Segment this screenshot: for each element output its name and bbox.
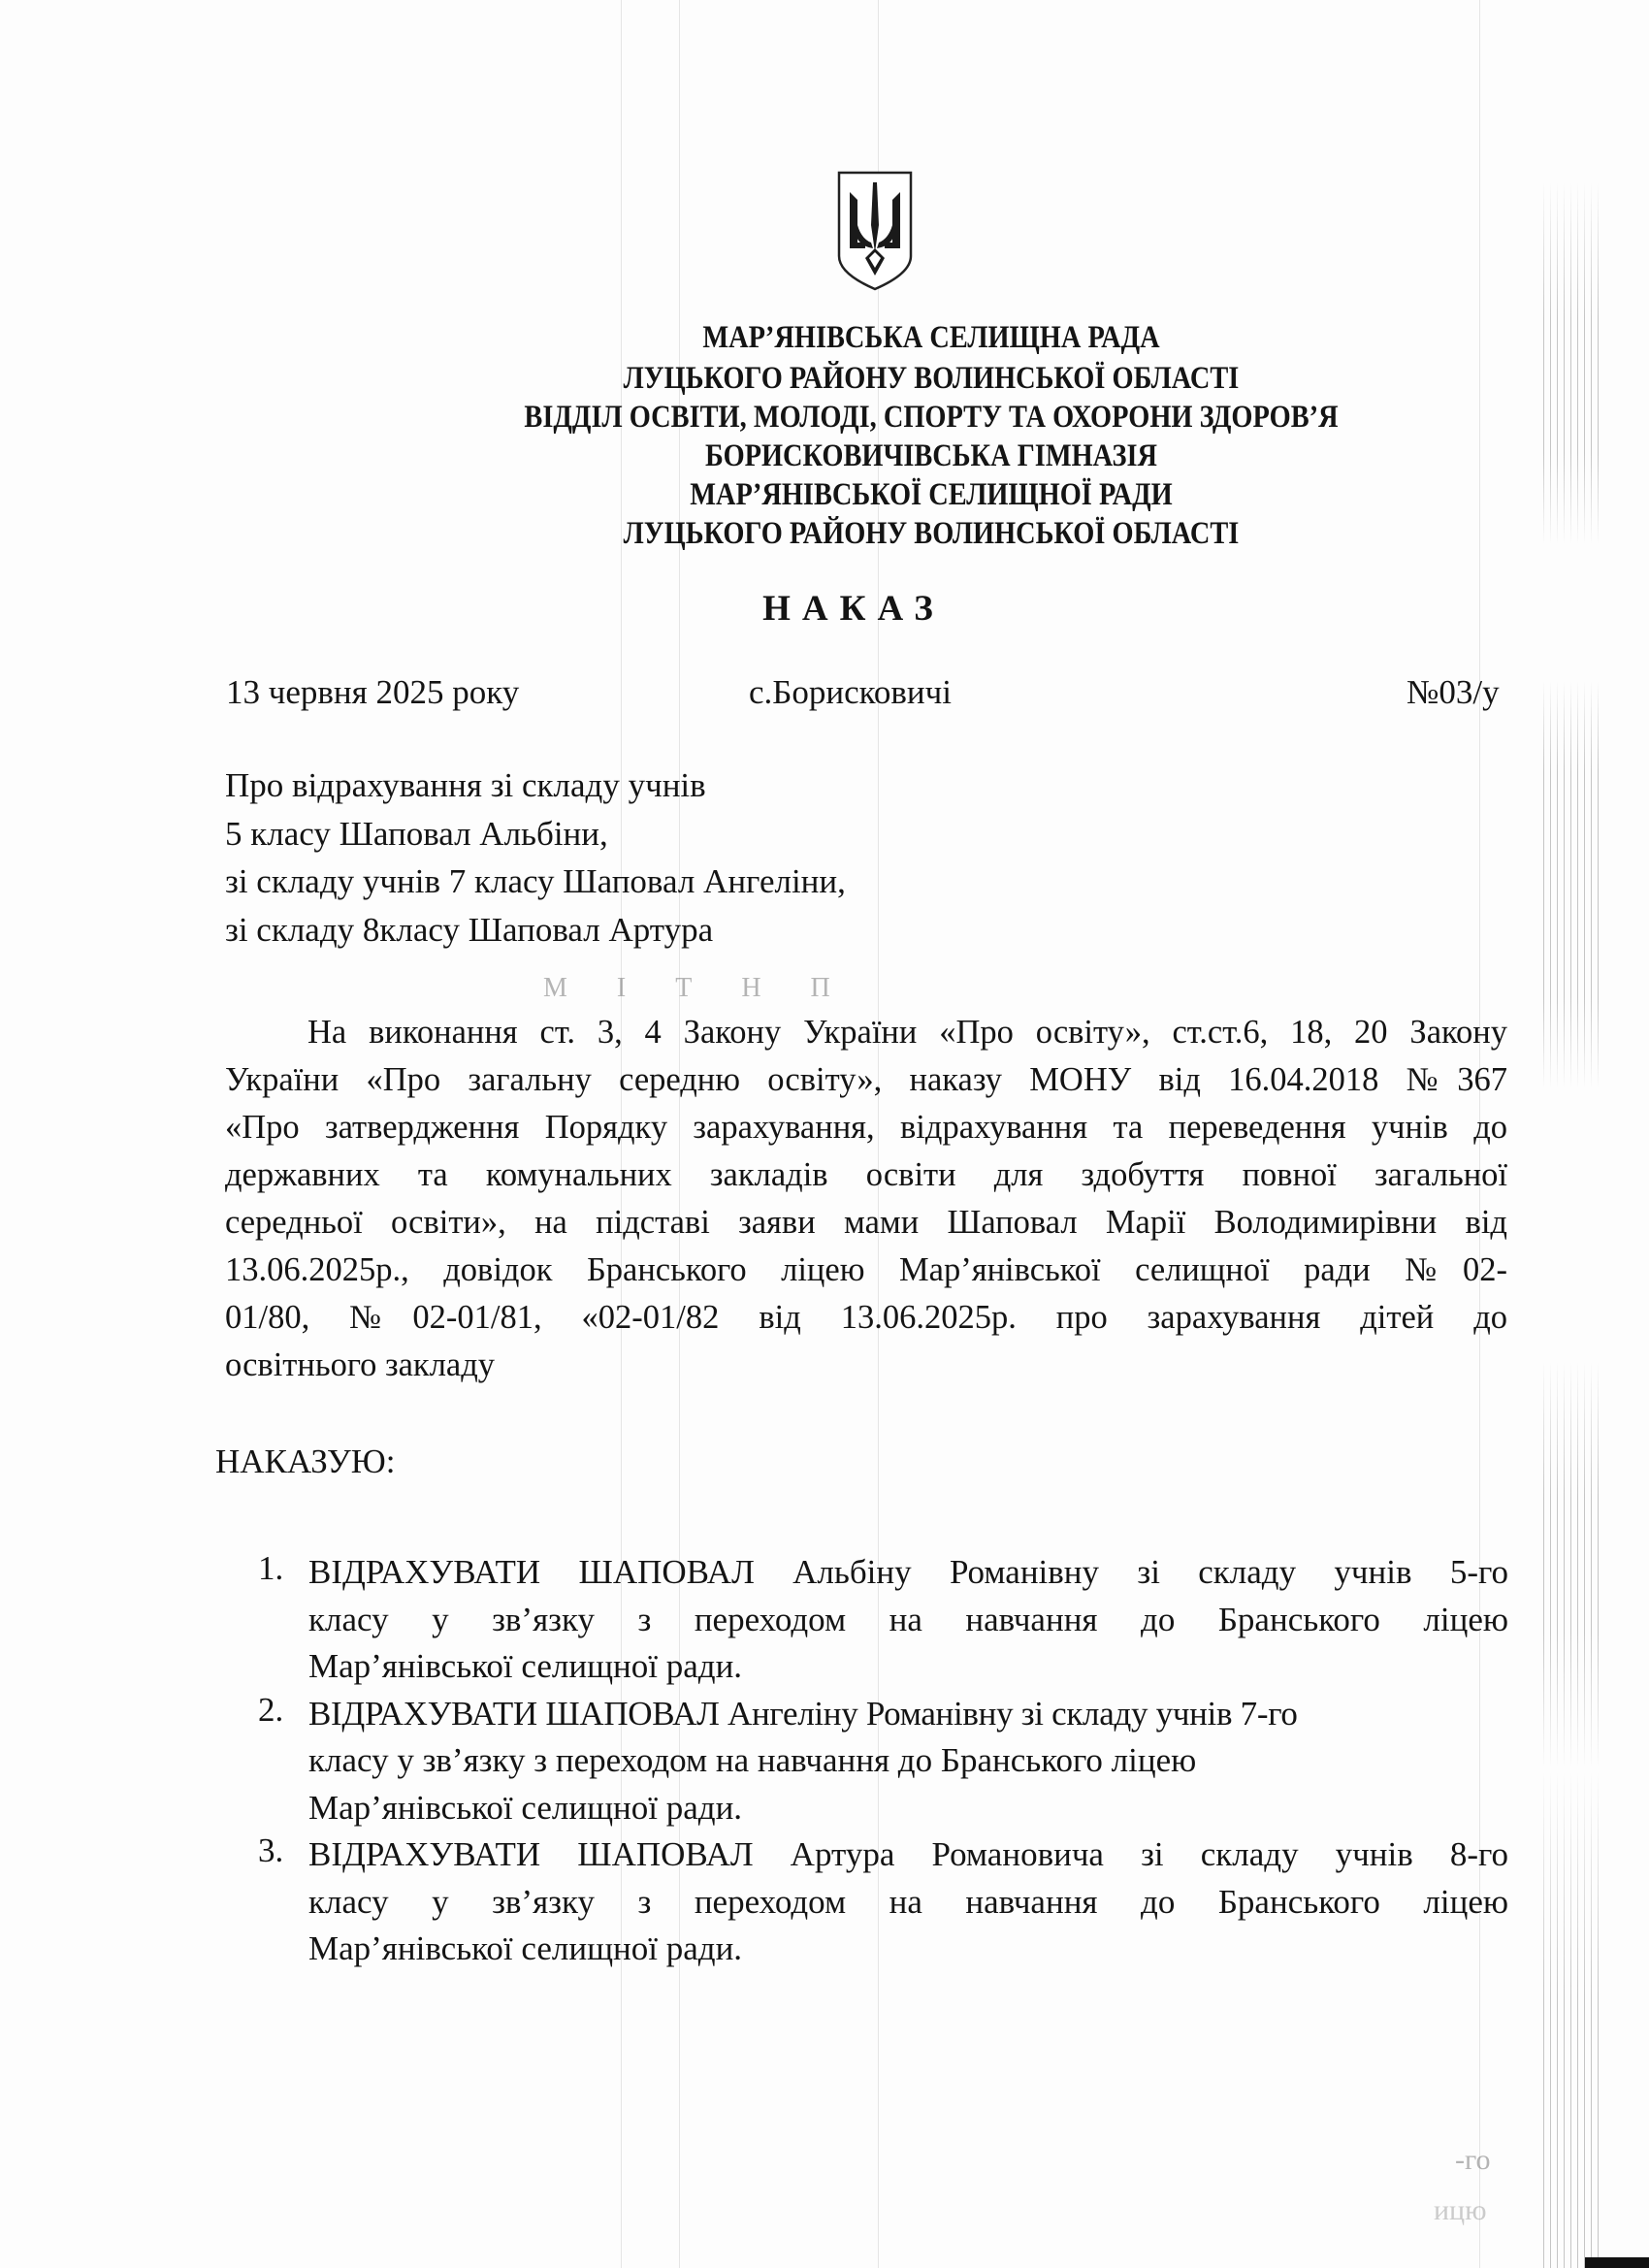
preamble-line: України «Про загальну середню освіту», н… [225, 1056, 1507, 1104]
order-item: 3. ВІДРАХУВАТИ ШАПОВАЛ Артура Романовича… [252, 1831, 1508, 1973]
subject-line: зі складу 8класу Шаповал Артура [225, 906, 846, 955]
preamble-line: середньої освіти», на підставі заяви мам… [225, 1199, 1507, 1247]
bleed-through-text: -го [1455, 2144, 1491, 2177]
order-item: 1. ВІДРАХУВАТИ ШАПОВАЛ Альбіну Романівну… [252, 1549, 1508, 1691]
header-line-council: МАР’ЯНІВСЬКА СЕЛИЩНА РАДА [130, 320, 1649, 356]
bleed-through-text: ицю [1434, 2194, 1487, 2227]
header-line-district-2: ЛУЦЬКОГО РАЙОНУ ВОЛИНСЬКОЇ ОБЛАСТІ [130, 516, 1649, 552]
bleed-through-text: М І Т Н П [543, 973, 852, 1004]
header-line-council-genitive: МАР’ЯНІВСЬКОЇ СЕЛИЩНОЇ РАДИ [130, 477, 1649, 513]
order-item-number: 3. [258, 1831, 283, 1870]
document-place: с.Борисковичі [749, 673, 952, 712]
header-line-department: ВІДДІЛ ОСВІТИ, МОЛОДІ, СПОРТУ ТА ОХОРОНИ… [130, 400, 1649, 436]
order-item-line: ВІДРАХУВАТИ ШАПОВАЛ Ангеліну Романівну з… [308, 1691, 1508, 1738]
ukraine-coat-of-arms-icon [836, 167, 914, 293]
order-item-line: Мар’янівської селищної ради. [308, 1926, 1508, 1973]
document-number: №03/у [1406, 673, 1500, 712]
preamble-line: освітнього закладу [225, 1342, 1507, 1389]
order-item-number: 1. [258, 1549, 283, 1588]
preamble-paragraph: На виконання ст. 3, 4 Закону України «Пр… [225, 1009, 1507, 1389]
header-line-district: ЛУЦЬКОГО РАЙОНУ ВОЛИНСЬКОЇ ОБЛАСТІ [130, 361, 1649, 397]
document-title: НАКАЗ [0, 588, 1649, 630]
order-item-line: класу у зв’язку з переходом на навчання … [308, 1737, 1508, 1785]
order-item-line: ВІДРАХУВАТИ ШАПОВАЛ Альбіну Романівну зі… [308, 1549, 1508, 1597]
order-subject: Про відрахування зі складу учнів 5 класу… [225, 761, 846, 954]
subject-line: зі складу учнів 7 класу Шаповал Ангеліни… [225, 858, 846, 906]
orders-list: 1. ВІДРАХУВАТИ ШАПОВАЛ Альбіну Романівну… [252, 1549, 1508, 1973]
subject-line: 5 класу Шаповал Альбіни, [225, 810, 846, 859]
order-heading: НАКАЗУЮ: [215, 1442, 395, 1481]
preamble-line: державних та комунальних закладів освіти… [225, 1151, 1507, 1199]
scanned-document-page: МАР’ЯНІВСЬКА СЕЛИЩНА РАДА ЛУЦЬКОГО РАЙОН… [0, 0, 1649, 2268]
document-date: 13 червня 2025 року [226, 673, 519, 712]
order-item-line: класу у зв’язку з переходом на навчання … [308, 1597, 1508, 1644]
order-item-line: ВІДРАХУВАТИ ШАПОВАЛ Артура Романовича зі… [308, 1831, 1508, 1879]
order-item-number: 2. [258, 1691, 283, 1730]
order-item-line: Мар’янівської селищної ради. [308, 1785, 1508, 1832]
preamble-line: На виконання ст. 3, 4 Закону України «Пр… [225, 1009, 1507, 1056]
header-line-school: БОРИСКОВИЧІВСЬКА ГІМНАЗІЯ [130, 438, 1649, 474]
subject-line: Про відрахування зі складу учнів [225, 761, 846, 810]
scan-corner-shadow [1585, 2257, 1649, 2268]
preamble-line: 01/80, №02-01/81, «02-01/82 від 13.06.20… [225, 1294, 1507, 1342]
preamble-line: «Про затвердження Порядку зарахування, в… [225, 1104, 1507, 1151]
order-item-line: Мар’янівської селищної ради. [308, 1643, 1508, 1691]
preamble-line: 13.06.2025р., довідок Бранського ліцею М… [225, 1247, 1507, 1294]
order-item: 2. ВІДРАХУВАТИ ШАПОВАЛ Ангеліну Романівн… [252, 1691, 1508, 1832]
order-item-line: класу у зв’язку з переходом на навчання … [308, 1879, 1508, 1927]
